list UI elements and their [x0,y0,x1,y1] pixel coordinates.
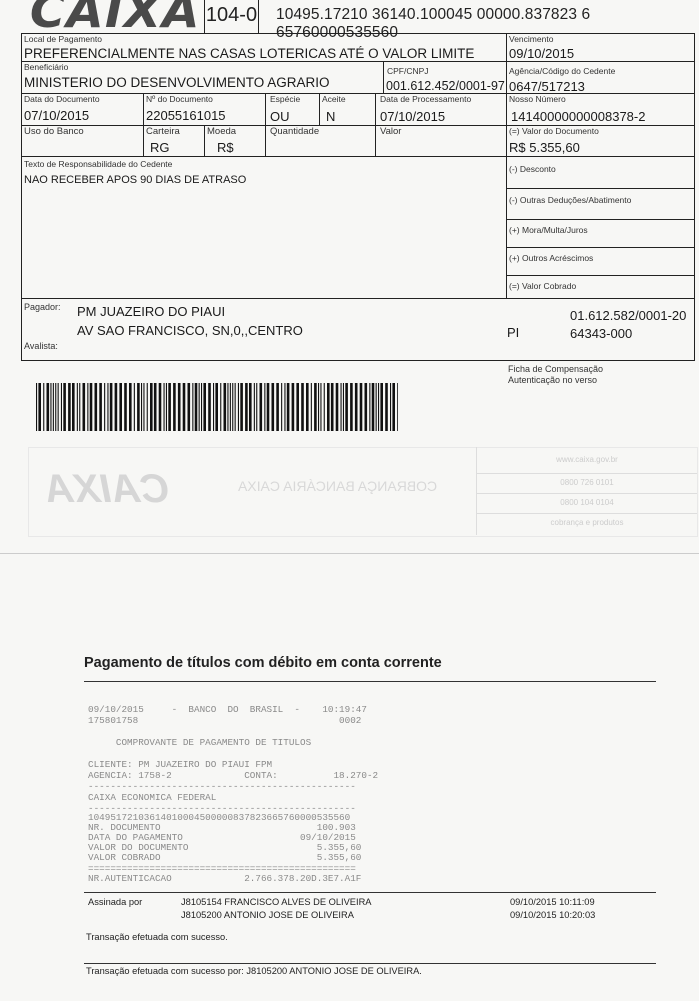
label: Beneficiário [24,62,68,72]
avalista-label: Avalista: [24,341,58,351]
label: (=) Valor Cobrado [509,281,576,291]
bleed-through-table: www.caixa.gov.br 0800 726 0101 0800 104 … [476,447,697,535]
signer-name: J8105200 ANTONIO JOSE DE OLIVEIRA [181,910,354,920]
label: Vencimento [509,34,553,44]
data-documento-value: 07/10/2015 [24,108,89,123]
numero-documento-cell: Nº do Documento 22055161015 [143,93,266,126]
label: Valor [380,126,401,137]
bleed-through-text: COBRANÇA BANCÁRIA CAIXA [238,478,437,494]
label: (+) Outros Acréscimos [509,253,593,263]
receipt-line: NR.AUTENTICACAO 2.766.378.20D.3E7.A1F [88,874,361,885]
vencimento-cell: Vencimento 09/10/2015 [506,33,695,62]
label: Data do Documento [24,94,100,104]
receipt-line: AGENCIA: 1758-2 CONTA: 18.270-2 [88,771,378,782]
instructions-text: NAO RECEBER APOS 90 DIAS DE ATRASO [24,174,246,186]
label: Data de Processamento [380,94,471,104]
receipt-line: CLIENTE: PM JUAZEIRO DO PIAUI FPM [88,760,272,771]
label: Texto de Responsabilidade do Cedente [24,159,172,169]
pagador-state: PI [507,325,519,340]
label: Uso do Banco [24,126,84,137]
label: (-) Outras Deduções/Abatimento [509,195,631,205]
receipt-line: 175801758 0002 [88,716,361,727]
data-documento-cell: Data do Documento 07/10/2015 [21,93,144,126]
bleed-row: 0800 104 0104 [477,493,697,507]
bleed-through-logo: CAIXA [45,467,169,512]
signer-datetime: 09/10/2015 10:11:09 [510,897,595,907]
pagador-cnpj: 01.612.582/0001-20 [570,308,686,323]
carteira-cell: Carteira RG [143,125,205,157]
receipt-title: Pagamento de títulos com débito em conta… [84,655,442,671]
receipt-line: CAIXA ECONOMICA FEDERAL [88,793,216,804]
nosso-numero-cell: Nosso Número 14140000000008378-2 [506,93,695,126]
valor-cobrado-cell: (=) Valor Cobrado [506,275,695,299]
page-fold-line [0,553,699,554]
bleed-row: 0800 726 0101 [477,473,697,487]
cpf-cnpj-cell: CPF/CNPJ 001.612.452/0001-97 [383,61,507,94]
transaction-status: Transação efetuada com sucesso. [86,932,228,942]
moeda-value: R$ [217,140,234,155]
desconto-cell: (-) Desconto [506,156,695,189]
pagador-cep: 64343-000 [570,326,632,341]
local-pagamento-value: PREFERENCIALMENTE NAS CASAS LOTERICAS AT… [24,46,474,61]
especie-value: OU [270,109,290,124]
valor-cell: Valor [375,125,507,157]
bank-code: 104-0 [204,0,259,33]
ficha-label: Ficha de Compensação [508,364,603,375]
bleed-row: www.caixa.gov.br [477,455,697,464]
cpf-cnpj-value: 001.612.452/0001-97 [386,79,505,93]
footer-divider [84,963,656,964]
data-processamento-value: 07/10/2015 [380,109,445,124]
label: Moeda [207,126,236,137]
outros-acrescimos-cell: (+) Outros Acréscimos [506,247,695,276]
bleed-row: cobrança e produtos [477,513,697,527]
beneficiario-value: MINISTERIO DO DESENVOLVIMENTO AGRARIO [24,75,330,90]
label: (=) Valor do Documento [509,126,599,136]
signed-by-label: Assinada por [88,897,142,907]
nosso-numero-value: 14140000000008378-2 [511,109,645,124]
label: Local de Pagamento [24,34,102,44]
pagador-name: PM JUAZEIRO DO PIAUI [77,304,225,319]
mora-cell: (+) Mora/Multa/Juros [506,219,695,248]
local-pagamento-cell: Local de Pagamento PREFERENCIALMENTE NAS… [21,33,507,62]
label: Carteira [146,126,180,137]
title-divider [84,681,656,682]
valor-documento-cell: (=) Valor do Documento R$ 5.355,60 [506,125,695,157]
data-processamento-cell: Data de Processamento 07/10/2015 [375,93,507,126]
autenticacao-label: Autenticação no verso [508,375,603,386]
receipt-line: 09/10/2015 - BANCO DO BRASIL - 10:19:47 [88,705,367,716]
receipt-line: ----------------------------------------… [88,782,356,793]
carteira-value: RG [150,140,170,155]
moeda-cell: Moeda R$ [204,125,266,157]
quantidade-cell: Quantidade [265,125,376,157]
pagador-cell: Pagador: PM JUAZEIRO DO PIAUI AV SAO FRA… [21,298,695,361]
label: (-) Desconto [509,164,556,174]
instructions-cell: Texto de Responsabilidade do Cedente NAO… [21,156,507,299]
barcode [36,383,398,431]
agencia-cell: Agência/Código do Cedente 0647/517213 [506,61,695,94]
vencimento-value: 09/10/2015 [509,46,574,61]
valor-documento-value: R$ 5.355,60 [509,140,580,155]
receipt-line: VALOR COBRADO 5.355,60 [88,853,361,864]
label: Espécie [270,94,300,104]
label: Agência/Código do Cedente [509,66,615,76]
agencia-value: 0647/517213 [509,79,585,94]
signature-divider [84,892,656,893]
label: Aceite [322,94,346,104]
label: CPF/CNPJ [387,66,429,76]
outras-deducoes-cell: (-) Outras Deduções/Abatimento [506,188,695,220]
aceite-cell: Aceite N [319,93,376,126]
numero-documento-value: 22055161015 [146,108,226,123]
ficha-compensacao: Ficha de Compensação Autenticação no ver… [508,364,603,386]
label: Quantidade [270,126,319,137]
especie-cell: Espécie OU [265,93,320,126]
aceite-value: N [326,109,335,124]
signer-name: J8105154 FRANCISCO ALVES DE OLIVEIRA [181,897,372,907]
signer-datetime: 09/10/2015 10:20:03 [510,910,595,920]
label: Pagador: [24,302,61,312]
label: (+) Mora/Multa/Juros [509,225,588,235]
label: Nosso Número [509,94,566,104]
receipt-line: COMPROVANTE DE PAGAMENTO DE TITULOS [88,738,311,749]
label: Nº do Documento [146,94,213,104]
beneficiario-cell: Beneficiário MINISTERIO DO DESENVOLVIMEN… [21,61,384,94]
uso-banco-cell: Uso do Banco [21,125,144,157]
pagador-address: AV SAO FRANCISCO, SN,0,,CENTRO [77,323,303,338]
transaction-footer: Transação efetuada com sucesso por: J810… [86,966,422,976]
